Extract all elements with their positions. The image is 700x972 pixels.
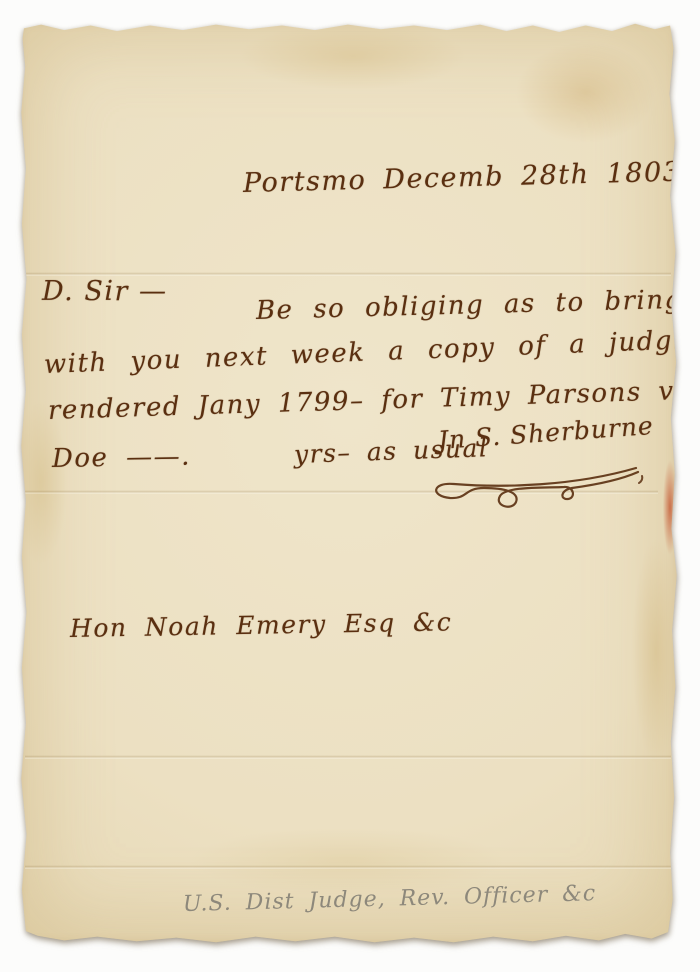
dateline: Portsmo Decemb 28th 1803	[243, 157, 682, 199]
signature: Jn S. Sherburne	[437, 411, 655, 455]
body-line-2: with you next week a copy of a judgmt.–	[43, 323, 700, 380]
red-edge-stain	[662, 455, 678, 560]
addressee: Hon Noah Emery Esq &c	[70, 607, 453, 643]
paper-stain	[493, 25, 678, 160]
salutation: D. Sir —	[42, 276, 167, 307]
paper-stain	[624, 501, 688, 801]
letter-paper-wrap: Portsmo Decemb 28th 1803 D. Sir — Be so …	[18, 20, 678, 945]
letter-paper: Portsmo Decemb 28th 1803 D. Sir — Be so …	[18, 20, 678, 945]
scan-background: Portsmo Decemb 28th 1803 D. Sir — Be so …	[0, 0, 700, 972]
signature-flourish	[424, 458, 652, 516]
pencil-note: U.S. Dist Judge, Rev. Officer &c	[183, 881, 597, 917]
fold-crease	[25, 865, 672, 869]
fold-crease	[25, 490, 659, 494]
body-line-4: Doe ——.	[52, 442, 191, 474]
body-line-1: Be so obliging as to bring	[256, 285, 683, 326]
paper-stain	[203, 11, 503, 101]
fold-crease	[25, 755, 672, 759]
